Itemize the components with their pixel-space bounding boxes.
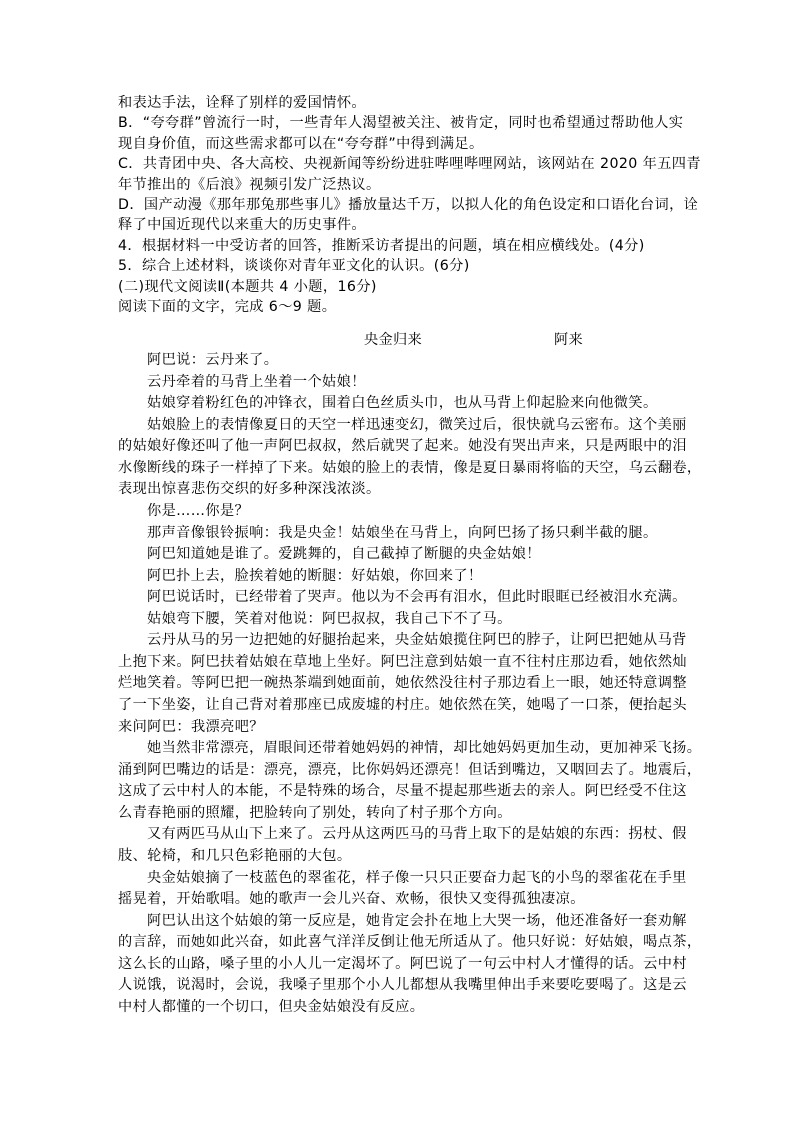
reading-instructions: 阅读下面的文字，完成 6～9 题。 <box>118 297 674 317</box>
story-line: 阿巴说话时，已经带着了哭声。他以为不会再有泪水，但此时眼眶已经被泪水充满。 <box>118 587 674 609</box>
document-page: 和表达手法，诠释了别样的爱国情怀。 B．“夸夸群”曾流行一时，一些青年人渴望被关… <box>0 0 794 1123</box>
story-line: 肢、轮椅，和几只色彩艳丽的大包。 <box>118 846 674 868</box>
story-line: 姑娘穿着粉红色的冲锋衣，围着白色丝质头巾，也从马背上仰起脸来向他微笑。 <box>118 393 674 415</box>
exam-questions-section: 和表达手法，诠释了别样的爱国情怀。 B．“夸夸群”曾流行一时，一些青年人渴望被关… <box>118 93 674 317</box>
story-line: 摇晃着，开始歌唱。她的歌声一会儿兴奋、欢畅，很快又变得孤独凄凉。 <box>118 889 674 911</box>
story-line: 表现出惊喜悲伤交织的好多种深浅浓淡。 <box>118 479 674 501</box>
option-c-line-2: 年节推出的《后浪》视频引发广泛热议。 <box>118 175 674 195</box>
story-line: 她当然非常漂亮，眉眼间还带着她妈妈的神情，却比她妈妈更加生动，更加神采飞扬。 <box>118 738 674 760</box>
story-line: 么青春艳丽的照耀，把脸转向了别处，转向了村子那个方向。 <box>118 803 674 825</box>
story-line: 阿巴认出这个姑娘的第一反应是，她肯定会扑在地上大哭一场，他还准备好一套劝解 <box>118 911 674 933</box>
option-d-line-2: 释了中国近现代以来重大的历史事件。 <box>118 215 674 235</box>
story-line: 来问阿巴：我漂亮吧？ <box>118 717 674 739</box>
story-line: 这么长的山路，嗓子里的小人儿一定渴坏了。阿巴说了一句云中村人才懂得的话。云中村 <box>118 954 674 976</box>
story-line: 你是……你是？ <box>118 501 674 523</box>
story-line: 的言辞，而她如此兴奋，如此喜气洋洋反倒让他无所适从了。他只好说：好姑娘，喝点茶， <box>118 932 674 954</box>
option-d-line-1: D．国产动漫《那年那兔那些事儿》播放量达千万，以拟人化的角色设定和口语化台词，诠 <box>118 195 674 215</box>
story-author: 阿来 <box>554 330 583 351</box>
story-line: 烂地笑着。等阿巴把一碗热茶端到她面前，她依然没往村子那边看上一眼，她还特意调整 <box>118 673 674 695</box>
option-b-line-2: 现自身价值，而这些需求都可以在“夸夸群”中得到满足。 <box>118 134 674 154</box>
story-line: 又有两匹马从山下上来了。云丹从这两匹马的马背上取下的是姑娘的东西：拐杖、假 <box>118 824 674 846</box>
story-line: 涌到阿巴嘴边的话是：漂亮，漂亮，比你妈妈还漂亮！但话到嘴边，又咽回去了。地震后， <box>118 760 674 782</box>
option-c-line-1: C．共青团中央、各大高校、央视新闻等纷纷进驻哔哩哔哩网站，该网站在 2020 年… <box>118 154 674 174</box>
story-line: 云丹牵着的马背上坐着一个姑娘！ <box>118 372 674 394</box>
story-line: 水像断线的珠子一样掉了下来。姑娘的脸上的表情，像是夏日暴雨将临的天空，乌云翻卷， <box>118 458 674 480</box>
story-line: 中村人都懂的一个切口，但央金姑娘没有反应。 <box>118 997 674 1019</box>
story-line: 人说饿，说渴时，会说，我嗓子里那个小人儿都想从我嘴里伸出手来要吃要喝了。这是云 <box>118 975 674 997</box>
option-a-continuation: 和表达手法，诠释了别样的爱国情怀。 <box>118 93 674 113</box>
story-line: 央金姑娘摘了一枝蓝色的翠雀花，样子像一只只正要奋力起飞的小鸟的翠雀花在手里 <box>118 868 674 890</box>
section-heading: (二)现代文阅读Ⅱ(本题共 4 小题，16分) <box>118 277 674 297</box>
story-line: 了一下坐姿，让自己背对着那座已成废墟的村庄。她依然在笑，她喝了一口茶，便抬起头 <box>118 695 674 717</box>
story-line: 上抱下来。阿巴扶着姑娘在草地上坐好。阿巴注意到姑娘一直不往村庄那边看，她依然灿 <box>118 652 674 674</box>
story-line: 阿巴说：云丹来了。 <box>118 350 674 372</box>
story-line: 姑娘弯下腰，笑着对他说：阿巴叔叔，我自己下不了马。 <box>118 609 674 631</box>
story-line: 云丹从马的另一边把她的好腿抬起来，央金姑娘揽住阿巴的脖子，让阿巴把她从马背 <box>118 630 674 652</box>
story-line: 这成了云中村人的本能，不是特殊的场合，尽量不提起那些逝去的亲人。阿巴经受不住这 <box>118 781 674 803</box>
story-line: 阿巴扑上去，脸挨着她的断腿：好姑娘，你回来了！ <box>118 566 674 588</box>
story-line: 那声音像银铃振响：我是央金！姑娘坐在马背上，向阿巴扬了扬只剩半截的腿。 <box>118 523 674 545</box>
story-line: 的姑娘好像还叫了他一声阿巴叔叔，然后就哭了起来。她没有哭出声来，只是两眼中的泪 <box>118 436 674 458</box>
story-line: 阿巴知道她是谁了。爱跳舞的，自己截掉了断腿的央金姑娘！ <box>118 544 674 566</box>
story-title: 央金归来 <box>364 330 422 351</box>
story-line: 姑娘脸上的表情像夏日的天空一样迅速变幻，微笑过后，很快就乌云密布。这个美丽 <box>118 415 674 437</box>
story-header: 央金归来 阿来 <box>0 330 794 351</box>
question-5: 5．综合上述材料，谈谈你对青年亚文化的认识。(6分) <box>118 256 674 276</box>
question-4: 4．根据材料一中受访者的回答，推断采访者提出的问题，填在相应横线处。(4分) <box>118 236 674 256</box>
option-b-line-1: B．“夸夸群”曾流行一时，一些青年人渴望被关注、被肯定，同时也希望通过帮助他人实 <box>118 113 674 133</box>
story-body: 阿巴说：云丹来了。 云丹牵着的马背上坐着一个姑娘！ 姑娘穿着粉红色的冲锋衣，围着… <box>118 350 674 1018</box>
